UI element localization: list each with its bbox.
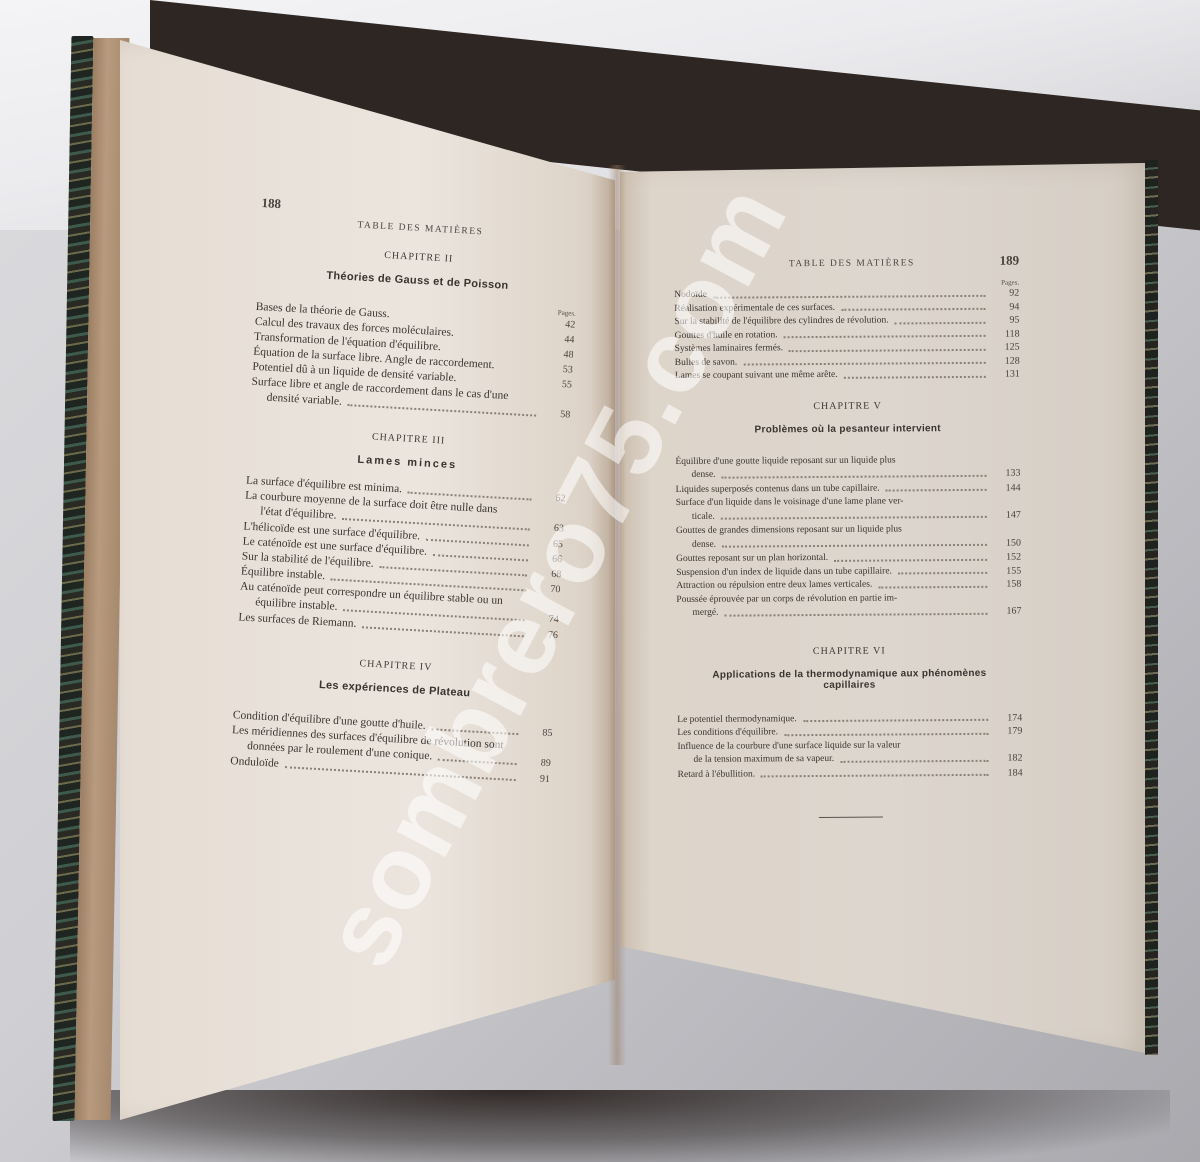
toc-entry[interactable]: Influence de la courbure d'une surface l… (677, 738, 1022, 767)
book-gutter (608, 165, 626, 1065)
chapter-title: Théories de Gauss et de Poisson (257, 266, 577, 296)
toc-entry[interactable]: Équilibre d'une goutte liquide reposant … (675, 453, 1020, 482)
leader-dots (743, 362, 985, 366)
leader-dots (834, 558, 987, 561)
leader-dots (761, 774, 989, 778)
marbled-cover-right (1145, 160, 1158, 1055)
leader-dots (844, 375, 986, 378)
toc-entry[interactable]: Gouttes de grandes dimensions reposant s… (676, 523, 1021, 552)
leader-dots (348, 404, 536, 417)
leader-dots (840, 759, 988, 762)
toc-entry[interactable]: Retard à l'ébullition.184 (678, 766, 1023, 782)
chapter-title: Lames minces (247, 448, 567, 478)
leader-dots (362, 626, 524, 637)
toc-entry[interactable]: Surface d'un liquide dans le voisinage d… (676, 495, 1021, 524)
toc-entry[interactable]: Lames se coupant suivant une même arête.… (675, 368, 1020, 384)
leader-dots (724, 612, 987, 616)
page-number: 189 (999, 253, 1019, 269)
chapter-heading: CHAPITRE V (675, 399, 1020, 412)
chapter-heading: CHAPITRE IV (236, 651, 556, 680)
leader-dots (878, 585, 987, 588)
book-shadow (70, 1090, 1170, 1162)
leader-dots (803, 719, 988, 722)
toc-entry[interactable]: Poussée éprouvée par un corps de révolut… (676, 591, 1021, 620)
chapter-title: Applications de la thermodynamique aux p… (677, 667, 1022, 691)
continued-entries: Nodoïde92 Réalisation expérimentale de c… (674, 287, 1020, 384)
leader-dots (722, 544, 987, 548)
leader-dots (784, 335, 986, 338)
chapter-block: CHAPITRE VI Applications de la thermodyn… (677, 644, 1023, 819)
chapter-heading: CHAPITRE VI (677, 644, 1022, 657)
chapter-heading: CHAPITRE II (259, 243, 579, 272)
chapter-title: Problèmes où la pesanteur intervient (675, 422, 1020, 435)
leader-dots (886, 489, 987, 492)
chapter-block: CHAPITRE II Théories de Gauss et de Pois… (250, 243, 579, 423)
running-head: TABLE DES MATIÈRES (789, 258, 915, 269)
leader-dots (895, 321, 986, 324)
leader-dots (722, 474, 987, 478)
leader-dots (898, 572, 987, 575)
leader-dots (721, 516, 987, 520)
chapter-block: CHAPITRE V Problèmes où la pesanteur int… (675, 399, 1022, 620)
chapter-heading: CHAPITRE III (249, 425, 569, 454)
chapter-block: CHAPITRE IV Les expériences de Plateau C… (230, 651, 556, 787)
leader-dots (841, 308, 985, 311)
chapter-block: CHAPITRE III Lames minces La surface d'é… (238, 425, 569, 644)
leader-dots (713, 294, 985, 298)
left-page-content: 188 TABLE DES MATIÈRES CHAPITRE II Théor… (230, 195, 582, 787)
leader-dots (789, 348, 986, 351)
right-page-content: TABLE DES MATIÈRES 189 Pages. Nodoïde92 … (674, 253, 1023, 819)
leader-dots (784, 732, 988, 735)
leader-dots (438, 759, 517, 765)
chapter-title: Les expériences de Plateau (235, 674, 555, 704)
